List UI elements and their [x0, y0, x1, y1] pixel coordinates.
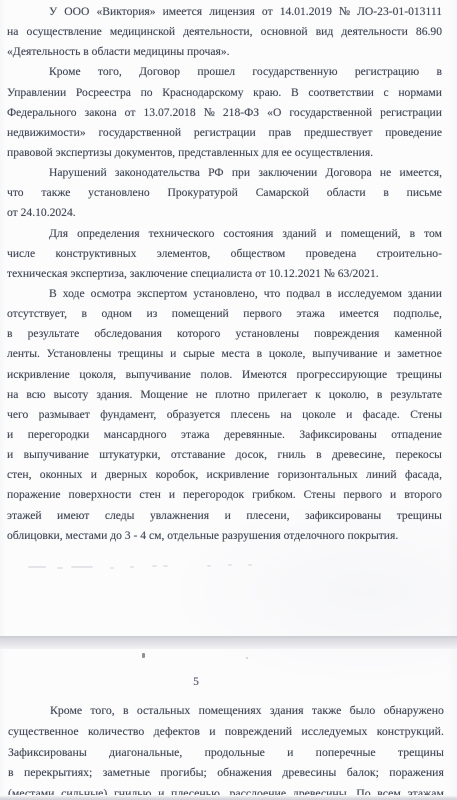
text-line: врезультатеобследованиякоторогоустановле… [7, 324, 442, 344]
scan-artifact [207, 565, 211, 567]
page-separator [0, 636, 457, 649]
scan-speck [142, 653, 145, 658]
page-number: 5 [186, 676, 206, 688]
text-line: иперегородкимансардногоэтажадеревянные.З… [7, 425, 442, 445]
text-line: навсювысотуздания.Мощениенеплотноприлега… [7, 385, 442, 405]
text-line: отсутствует,водномизпомещенийпервогоэтаж… [7, 304, 442, 324]
text-line: Зафиксированыдиагональные,продольныеипоп… [8, 742, 444, 763]
text-line: от 24.10.2024. [7, 203, 442, 223]
scanned-document: УООО«Виктория»имеетсялицензияот14.01.201… [0, 0, 457, 800]
paragraph: Крометого,востальныхпомещенияхзданиятакж… [8, 700, 444, 800]
text-line: УправленииРосреестрапоКраснодарскомукраю… [7, 83, 442, 103]
text-line: чегоразмываетфундамент,образуетсяплесень… [7, 405, 442, 425]
scan-artifact [248, 564, 252, 566]
text-line: Федеральногозаконаот13.07.2018№218-ФЗ«Ог… [7, 103, 442, 123]
paragraph: УООО«Виктория»имеетсялицензияот14.01.201… [7, 2, 442, 62]
scan-speck [246, 657, 248, 659]
scan-artifact [57, 567, 63, 569]
text-line: чтотакжеустановленоПрокуратуройСамарской… [7, 183, 442, 203]
text-line: НарушенийзаконодательстваРФпризаключении… [7, 163, 442, 183]
text-line: стен,оконныхидверныхкоробок,искривлениег… [7, 465, 442, 485]
text-line: числеконструктивныхэлементов,обществомпр… [7, 244, 442, 264]
paragraph: Входеосмотраэкспертомустановлено,чтоподв… [7, 284, 442, 546]
text-line: искривлениецоколя,выпучиваниеполов.Имеют… [7, 365, 442, 385]
text-line: правовой экспертизы документов, представ… [7, 143, 442, 163]
text-line: существенноеколичестводефектовиповрежден… [8, 721, 444, 742]
text-line: Крометого,Договорпрошелгосударственнуюре… [7, 62, 442, 82]
scan-artifact [130, 566, 134, 568]
page-fragment-top: УООО«Виктория»имеетсялицензияот14.01.201… [7, 2, 442, 546]
scan-artifact [71, 566, 93, 568]
text-line: ленты.Установленытрещиныисырыеместавцоко… [7, 344, 442, 364]
paragraph: НарушенийзаконодательстваРФпризаключении… [7, 163, 442, 223]
text-line: недвижимости»государственнойрегистрациип… [7, 123, 442, 143]
text-line: наосуществлениемедицинскойдеятельности,о… [7, 22, 442, 42]
text-line: облицовки, местами до 3 - 4 см, отдельны… [7, 526, 442, 546]
text-line: Дляопределениятехническогосостоянияздани… [7, 224, 442, 244]
scan-artifact [28, 566, 46, 568]
scan-artifact [110, 567, 114, 569]
paragraph: Дляопределениятехническогосостоянияздани… [7, 224, 442, 284]
text-line: «Деятельность в области медицины прочая»… [7, 42, 442, 62]
paragraph: Крометого,Договорпрошелгосударственнуюре… [7, 62, 442, 163]
text-line: Входеосмотраэкспертомустановлено,чтоподв… [7, 284, 442, 304]
text-line: поражениеповерхностистениперегородокгриб… [7, 485, 442, 505]
scan-artifact [152, 565, 157, 567]
text-line: ивыпучиваниештукатурки,отставаниедосок,г… [7, 445, 442, 465]
text-line: техническая экспертиза, заключение специ… [7, 264, 442, 284]
page-fragment-next: Крометого,востальныхпомещенияхзданиятакж… [8, 700, 444, 800]
text-line: вперекрытиях;заметныепрогибы;обнажениядр… [8, 762, 444, 783]
scan-artifact [228, 564, 232, 566]
text-line: Крометого,востальныхпомещенияхзданиятакж… [8, 700, 444, 721]
scan-artifact [163, 565, 168, 567]
viewport-bottom-edge [0, 795, 457, 800]
text-line: этажейимеютследыувлажненияиплесени,зафик… [7, 506, 442, 526]
text-line: УООО«Виктория»имеетсялицензияот14.01.201… [7, 2, 442, 22]
